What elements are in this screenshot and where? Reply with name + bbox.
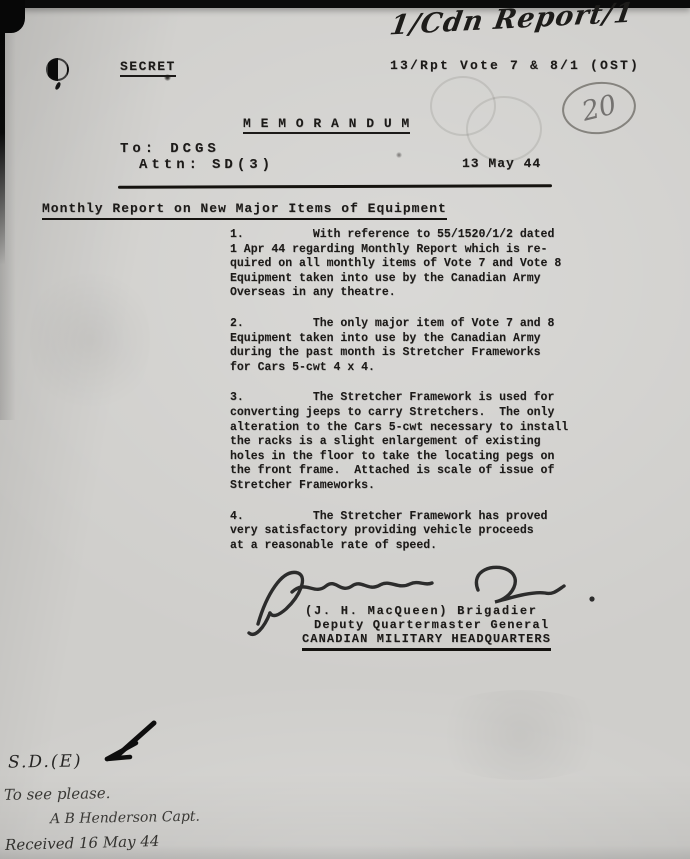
paper-smudge — [30, 260, 150, 420]
punch-hole-mark — [46, 58, 69, 81]
memo-date: 13 May 44 — [462, 156, 541, 171]
subject-line: Monthly Report on New Major Items of Equ… — [42, 201, 447, 220]
attn-value: SD(3) — [212, 157, 274, 173]
scan-edge-left — [0, 0, 5, 265]
signature-role: Deputy Quartermaster General — [314, 618, 549, 632]
scanned-memo-page: 1/Cdn Report/1 SECRET 13/Rpt Vote 7 & 8/… — [0, 0, 690, 859]
ink-speck — [55, 82, 62, 91]
bleed-through-mark — [466, 96, 542, 162]
paper-smudge — [420, 690, 620, 780]
header-rule — [118, 184, 552, 189]
handwritten-arrow-icon — [98, 714, 162, 766]
memo-paragraph: 4. The Stretcher Framework has proved ve… — [230, 510, 568, 554]
memo-paragraph: 3. The Stretcher Framework is used for c… — [230, 391, 568, 493]
classification-label: SECRET — [120, 59, 176, 77]
memo-paragraph: 1. With reference to 55/1520/1/2 dated 1… — [230, 228, 568, 301]
to-line: To:DCGS — [120, 141, 220, 157]
to-label: To: — [120, 141, 157, 157]
annotation-department: S.D.(E) — [8, 751, 83, 772]
file-reference: 13/Rpt Vote 7 & 8/1 (OST) — [390, 58, 640, 73]
memo-paragraphs: 1. With reference to 55/1520/1/2 dated 1… — [230, 228, 568, 569]
memo-title: M E M O R A N D U M — [243, 116, 410, 134]
attn-line: Attn:SD(3) — [139, 157, 274, 173]
page-number-value: 20 — [579, 89, 620, 127]
annotation-note: To see please. — [4, 784, 111, 804]
scan-edge-corner — [0, 0, 25, 33]
memo-paragraph: 2. The only major item of Vote 7 and 8 E… — [230, 317, 568, 375]
attn-label: Attn: — [139, 157, 201, 173]
annotation-initials: A B Henderson Capt. — [50, 809, 200, 828]
signature-name: (J. H. MacQueen) Brigadier — [305, 604, 538, 618]
to-value: DCGS — [170, 141, 220, 157]
circled-page-number: 20 — [559, 78, 638, 137]
ink-speck — [396, 152, 402, 158]
signature-organization: CANADIAN MILITARY HEADQUARTERS — [302, 632, 551, 651]
